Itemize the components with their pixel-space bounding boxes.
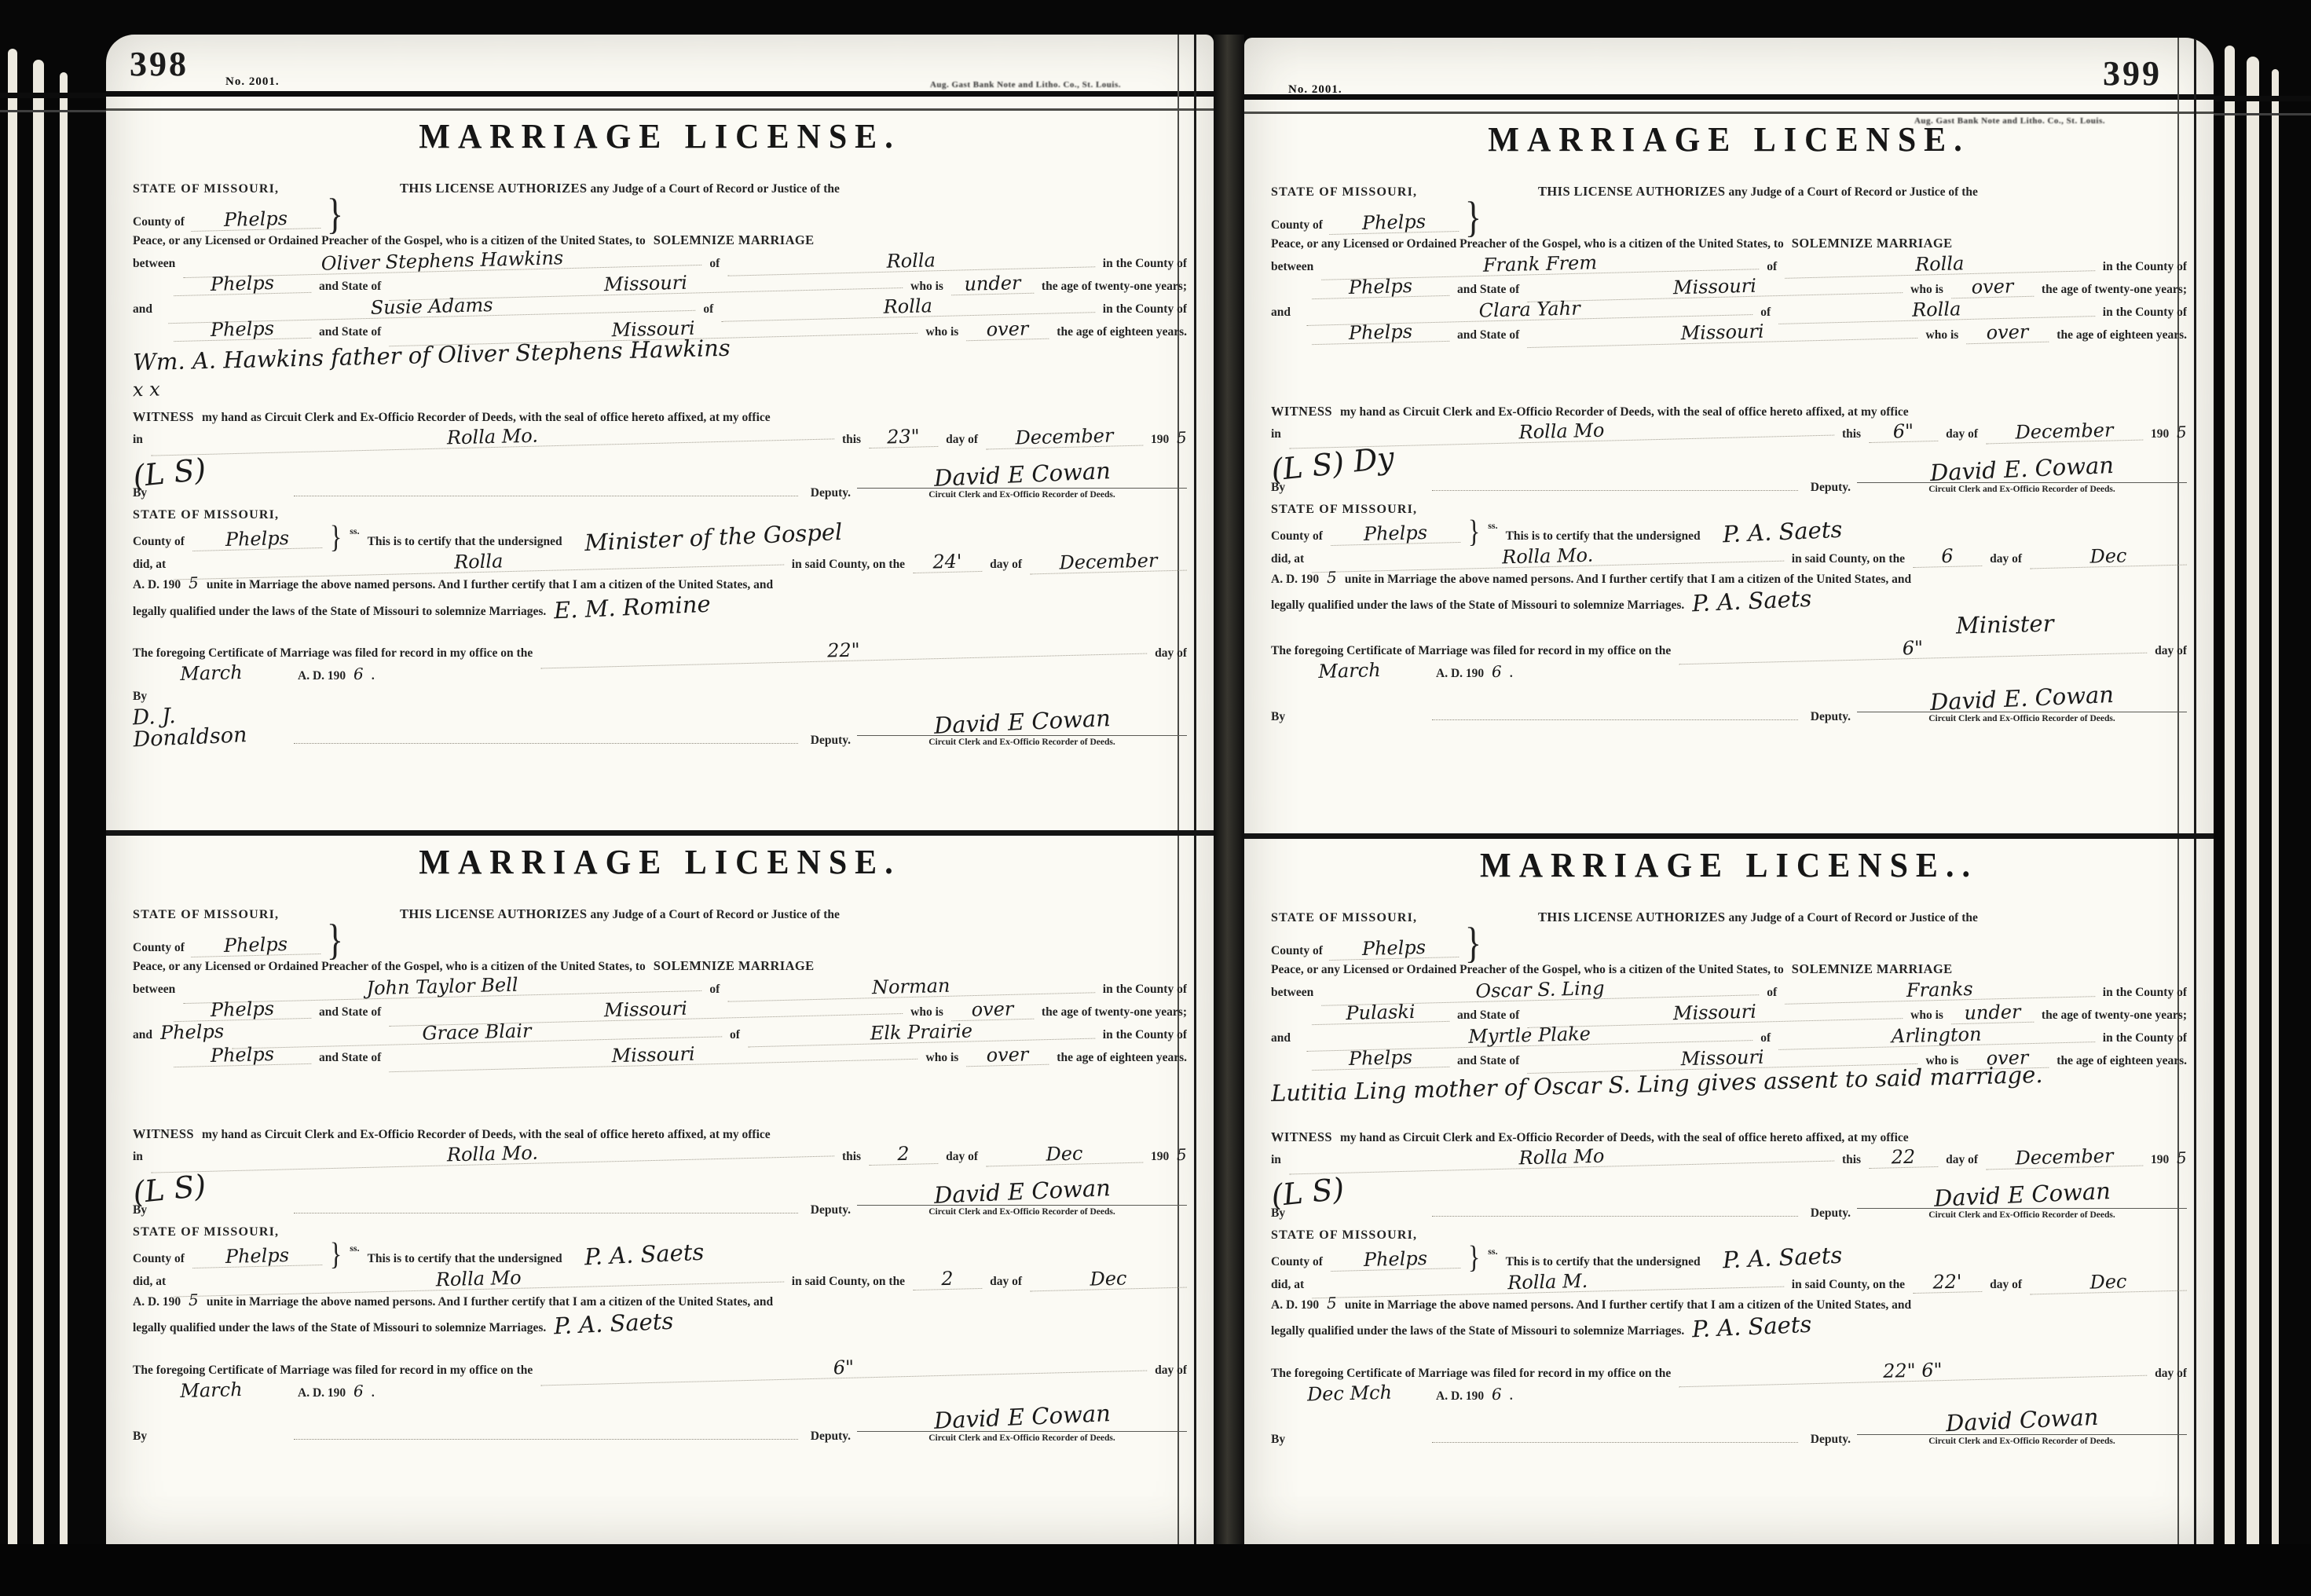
cert-ad-line: A. D. 1905 unite in Marriage the above n… — [133, 1292, 1187, 1309]
marriage-license-record: MARRIAGE LICENSE.. STATE OF MISSOURI, Co… — [1271, 845, 2187, 1536]
day-of-label: day of — [946, 432, 978, 447]
previous-page-edge — [60, 72, 68, 1544]
authorizes-text: THIS LICENSE AUTHORIZES any Judge of a C… — [1538, 891, 2187, 926]
clerk-signature: David E. Cowan — [1929, 453, 2114, 485]
in-said-county-label: in said County, on the — [792, 557, 905, 572]
authorizes-rest: any Judge of a Court of Record or Justic… — [1728, 911, 1977, 924]
page-top-rule-thin — [106, 108, 1214, 111]
peace-text: Peace, or any Licensed or Ordained Preac… — [133, 959, 646, 974]
license-title: MARRIAGE LICENSE. — [133, 118, 1187, 156]
license-header-row: STATE OF MISSOURI, County of Phelps } TH… — [1271, 891, 2187, 959]
license-title: MARRIAGE LICENSE.. — [1271, 847, 2187, 884]
in-said-county-label: in said County, on the — [792, 1274, 905, 1289]
previous-page-edge — [33, 60, 44, 1544]
county-label: County of — [1271, 218, 1323, 232]
of-label: of — [1767, 985, 1777, 1000]
ad-190-label: A. D. 190 — [298, 668, 346, 683]
filed-month-field: March — [1271, 660, 1428, 683]
certify-text: This is to certify that the undersigned — [1506, 1254, 1701, 1269]
between-label: between — [1271, 985, 1313, 1000]
county-line: County of Phelps } — [133, 200, 392, 230]
day-of-label: day of — [2155, 1366, 2187, 1381]
filed-text: The foregoing Certificate of Marriage wa… — [1271, 643, 1671, 658]
license-title-text: MARRIAGE LICENSE. — [1480, 846, 1961, 886]
in-label: in — [133, 432, 143, 447]
county-label: County of — [1271, 943, 1323, 958]
blank-line — [1432, 719, 1798, 720]
deputy-line: Deputy. — [294, 1202, 857, 1217]
bride-county-line: Phelps and State of Missouri who is over… — [1271, 323, 2187, 343]
seal-block: (L S) By — [133, 1170, 294, 1217]
bride-county-line: Phelps and State of Missouri who is over… — [1271, 1049, 2187, 1069]
filed-clerk-signature: David E. Cowan — [1929, 683, 2114, 715]
county-label: County of — [133, 214, 185, 229]
state-heading: STATE OF MISSOURI, — [133, 907, 392, 923]
filed-clerk-signature: David E Cowan — [933, 706, 1111, 738]
ss-label: ss. — [350, 1243, 359, 1254]
period: . — [372, 668, 375, 683]
and-state-label: and State of — [319, 279, 381, 294]
in-county-label: in the County of — [2103, 305, 2187, 320]
legally-text: legally qualified under the laws of the … — [1271, 1323, 1684, 1338]
state-heading-cert: STATE OF MISSOURI, — [133, 507, 1187, 523]
by-block: By — [1271, 1432, 1432, 1447]
day-of-label: day of — [1155, 646, 1187, 661]
in-county-label: in the County of — [2103, 259, 2187, 274]
authorizes-rest: any Judge of a Court of Record or Justic… — [1728, 185, 1977, 199]
filed-month-field: Dec Mch — [1271, 1382, 1428, 1406]
next-page-edge — [2225, 46, 2235, 1544]
bride-line: and Myrtle Plake of Arlington in the Cou… — [1271, 1026, 2187, 1046]
between-label: between — [1271, 259, 1313, 274]
deputy-label: Deputy. — [1811, 1206, 1851, 1221]
license-title: MARRIAGE LICENSE. — [133, 844, 1187, 881]
bride-line: and Phelps Grace Blair of Elk Prairie in… — [133, 1023, 1187, 1043]
in-said-county-label: in said County, on the — [1792, 1277, 1905, 1292]
certify-text: This is to certify that the undersigned — [1506, 529, 1701, 544]
in-label: in — [1271, 426, 1281, 441]
consent-marks: x x — [133, 379, 160, 400]
section-divider — [1244, 833, 2214, 839]
clerk-title: Circuit Clerk and Ex-Officio Recorder of… — [857, 735, 1187, 748]
day-of-label: day of — [946, 1149, 978, 1164]
peace-text: Peace, or any Licensed or Ordained Preac… — [133, 233, 646, 248]
clerk-signature: David E Cowan — [1933, 1179, 2111, 1210]
who-is-label: who is — [1926, 328, 1959, 342]
filed-clerk-signature: David E Cowan — [933, 1402, 1111, 1433]
brace-glyph: } — [1468, 1244, 1480, 1269]
ad-190-label: A. D. 190 — [1436, 666, 1484, 681]
blank-line — [1432, 1441, 1798, 1443]
cert-day-field: 2 — [913, 1268, 983, 1290]
ledger-page-398: 398 No. 2001. Aug. Gast Bank Note and Li… — [106, 35, 1214, 1544]
witness-strong: WITNESS — [1271, 1129, 1332, 1146]
filing-signature-row: By Deputy. David E Cowan Circuit Clerk a… — [133, 1405, 1187, 1444]
day-of-label: day of — [990, 1274, 1022, 1289]
ss-label: ss. — [1488, 520, 1497, 532]
legally-text: legally qualified under the laws of the … — [1271, 598, 1684, 613]
day-of-label: day of — [1990, 1277, 2022, 1292]
of-label: of — [1767, 259, 1777, 274]
and-state-label: and State of — [1457, 1008, 1519, 1023]
brace-glyph: } — [1468, 518, 1480, 544]
legally-text: legally qualified under the laws of the … — [133, 1320, 546, 1335]
cert-month-field: Dec — [2030, 1270, 2187, 1294]
deputy-label: Deputy. — [811, 1202, 851, 1217]
groom-county-line: Phelps and State of Missouri who is over… — [133, 1000, 1187, 1020]
did-at-label: did, at — [1271, 551, 1304, 566]
page-body: MARRIAGE LICENSE. STATE OF MISSOURI, Cou… — [1244, 119, 2214, 1544]
next-page-edge — [2272, 69, 2279, 1544]
county-line: County of Phelps } — [1271, 203, 1530, 233]
ad-190-label: A. D. 190 — [1436, 1389, 1484, 1404]
deputy-label: Deputy. — [1811, 1432, 1851, 1447]
ss-label: ss. — [1488, 1246, 1497, 1257]
witness-day-field: 2 — [869, 1144, 939, 1166]
groom-line: between John Taylor Bell of Norman in th… — [133, 977, 1187, 998]
groom-age-field: over — [951, 999, 1035, 1022]
solemnize-strong: SOLEMNIZE MARRIAGE — [1792, 236, 1953, 252]
witness-year-field: 5 — [1177, 430, 1187, 446]
of-label: of — [1760, 305, 1771, 320]
officiant-title-field: Minister — [1955, 611, 2053, 637]
of-label: of — [730, 1027, 740, 1042]
witness-signature-row: (L S) Dy By Deputy. David E. Cowan Circu… — [1271, 447, 2187, 495]
wrapped-top-rule — [0, 93, 106, 98]
ledger-page-399: 399 No. 2001. Aug. Gast Bank Note and Li… — [1244, 38, 2214, 1544]
and-state-label: and State of — [1457, 282, 1519, 297]
of-label: of — [703, 302, 713, 317]
cert-month-field: December — [1030, 551, 1187, 575]
bride-state-field: Missouri — [389, 1039, 918, 1073]
ad-190-label: A. D. 190 — [1271, 1298, 1319, 1312]
day-of-label: day of — [2155, 643, 2187, 658]
bride-age-field: over — [1966, 322, 2049, 345]
bride-age-field: over — [966, 1045, 1049, 1067]
year-190-label: 190 — [2151, 1152, 2169, 1167]
marriage-license-record: MARRIAGE LICENSE. STATE OF MISSOURI, Cou… — [133, 116, 1187, 827]
filed-text: The foregoing Certificate of Marriage wa… — [1271, 1366, 1671, 1381]
deputy-label: Deputy. — [811, 733, 851, 748]
of-label: of — [709, 256, 720, 271]
in-county-label: in the County of — [1103, 982, 1187, 997]
filing-line: The foregoing Certificate of Marriage wa… — [133, 641, 1187, 661]
groom-county-field: Pulaski — [1312, 1001, 1450, 1025]
authorizes-rest: any Judge of a Court of Record or Justic… — [590, 182, 839, 196]
witness-date-line: in Rolla Mo this 6" day of December 1905 — [1271, 422, 2187, 442]
filed-day-field: 22" 6" — [1679, 1356, 2147, 1388]
and-state-label: and State of — [1457, 328, 1519, 342]
license-title-text: MARRIAGE LICENSE. — [1488, 120, 1969, 160]
deputy-label: Deputy. — [811, 1429, 851, 1444]
marriage-license-record: MARRIAGE LICENSE. STATE OF MISSOURI, Cou… — [1271, 119, 2187, 830]
clerk-signature: David E Cowan — [933, 459, 1111, 490]
page-top-rule-thin — [1244, 112, 2214, 114]
county-label: County of — [1271, 1254, 1323, 1269]
cert-ad-line: A. D. 1905 unite in Marriage the above n… — [133, 575, 1187, 592]
brace-glyph: } — [1465, 200, 1481, 235]
by-block: By — [1271, 709, 1432, 724]
clerk-title: Circuit Clerk and Ex-Officio Recorder of… — [857, 1431, 1187, 1444]
next-page-edge — [2247, 57, 2259, 1544]
clerk-signature-block: David E Cowan Circuit Clerk and Ex-Offic… — [1857, 1183, 2187, 1221]
witness-year-field: 5 — [2177, 424, 2187, 441]
consent-line — [1271, 346, 2187, 381]
filing-line: The foregoing Certificate of Marriage wa… — [133, 1358, 1187, 1378]
witness-strong: WITNESS — [133, 1126, 194, 1143]
blank-line — [1432, 1215, 1798, 1217]
this-label: this — [1842, 426, 1861, 441]
ad-190-label: A. D. 190 — [298, 1386, 346, 1400]
filed-year-field: 6 — [1492, 664, 1502, 680]
deputy-line: Deputy. — [1432, 480, 1857, 495]
officiant-signature: P. A. Saets — [1692, 587, 1812, 616]
clerk-signature-block: David E Cowan Circuit Clerk and Ex-Offic… — [857, 710, 1187, 749]
filed-text: The foregoing Certificate of Marriage wa… — [133, 646, 533, 661]
authorizes-text: THIS LICENSE AUTHORIZES any Judge of a C… — [400, 162, 1187, 197]
cert-county-field: Phelps — [1331, 1248, 1461, 1272]
filing-date-line: Dec Mch A. D. 1906. — [1271, 1384, 2187, 1404]
filing-line: The foregoing Certificate of Marriage wa… — [1271, 639, 2187, 659]
county-field: Phelps — [1329, 937, 1459, 961]
consent-marks-line — [1271, 383, 2187, 394]
this-label: this — [842, 1149, 861, 1164]
and-state-label: and State of — [319, 324, 381, 339]
license-header-row: STATE OF MISSOURI, County of Phelps } TH… — [133, 162, 1187, 230]
filing-signature-row: By D. J. Donaldson Deputy. David E Cowan… — [133, 689, 1187, 749]
and-label: and — [133, 1027, 152, 1042]
clerk-title: Circuit Clerk and Ex-Officio Recorder of… — [1857, 712, 2187, 724]
witness-strong: WITNESS — [1271, 404, 1332, 420]
deputy-line: Deputy. — [294, 485, 857, 500]
of-label: of — [1760, 1030, 1771, 1045]
age21-label: the age of twenty-one years; — [1042, 1005, 1187, 1019]
county-label: County of — [133, 1251, 185, 1266]
witness-signature-row: (L S) By Deputy. David E Cowan Circuit C… — [133, 1170, 1187, 1217]
stray-county-note: Phelps — [160, 1022, 225, 1043]
cert-legal-line: legally qualified under the laws of the … — [133, 1312, 1187, 1335]
filed-clerk-signature: David Cowan — [1945, 1405, 2099, 1436]
officiant-title-line: Minister — [1271, 613, 2187, 636]
witness-month-field: December — [1986, 1146, 2144, 1170]
certificate-head: County of Phelps }ss. This is to certify… — [133, 1243, 1187, 1267]
legally-text: legally qualified under the laws of the … — [133, 604, 546, 619]
filing-date-line: March A. D. 1906. — [133, 1381, 1187, 1400]
and-state-label: and State of — [1457, 1053, 1519, 1068]
deputy-line: Deputy. — [294, 1429, 857, 1444]
state-county-block: STATE OF MISSOURI, County of Phelps } — [1271, 910, 1530, 959]
filed-year-field: 6 — [353, 666, 364, 683]
groom-line: between Oscar S. Ling of Franks in the C… — [1271, 980, 2187, 1001]
state-county-block: STATE OF MISSOURI, County of Phelps } — [133, 907, 392, 956]
filed-month-field: March — [133, 1379, 290, 1403]
printer-imprint: Aug. Gast Bank Note and Litho. Co., St. … — [930, 80, 1121, 90]
page-number: 398 — [130, 44, 189, 84]
witness-day-field: 23" — [869, 426, 939, 448]
blank-line — [294, 1438, 798, 1440]
by-block: By — [133, 1429, 294, 1444]
ss-label: ss. — [350, 525, 359, 537]
groom-age-field: under — [951, 273, 1035, 296]
unite-text: unite in Marriage the above named person… — [207, 577, 773, 592]
brace-glyph: } — [327, 923, 343, 957]
clerk-signature-block: David E Cowan Circuit Clerk and Ex-Offic… — [857, 1180, 1187, 1218]
groom-age-field: over — [1951, 276, 2034, 299]
by-label: By — [1271, 709, 1427, 724]
consent-line — [133, 1069, 1187, 1104]
witness-day-field: 6" — [1869, 421, 1939, 443]
authorizes-text: THIS LICENSE AUTHORIZES any Judge of a C… — [1538, 165, 2187, 200]
consent-marks-line — [1271, 1109, 2187, 1120]
bride-county-field: Phelps — [174, 1044, 312, 1067]
who-is-label: who is — [910, 1005, 943, 1019]
clerk-title: Circuit Clerk and Ex-Officio Recorder of… — [1857, 482, 2187, 495]
clerk-signature-block: David E Cowan Circuit Clerk and Ex-Offic… — [857, 1405, 1187, 1444]
filed-deputy-signature: D. J. Donaldson — [133, 701, 295, 752]
certificate-head: County of Phelps }ss. This is to certify… — [1271, 520, 2187, 544]
peace-text: Peace, or any Licensed or Ordained Preac… — [1271, 962, 1784, 977]
page-body: MARRIAGE LICENSE. STATE OF MISSOURI, Cou… — [106, 116, 1214, 1544]
deputy-label: Deputy. — [1811, 709, 1851, 724]
county-line: County of Phelps } — [1271, 929, 1530, 959]
license-title: MARRIAGE LICENSE. — [1271, 121, 2187, 159]
officiant-signature: P. A. Saets — [554, 1309, 674, 1338]
who-is-label: who is — [910, 279, 943, 294]
cert-month-field: Dec — [1030, 1267, 1187, 1291]
period: . — [1510, 666, 1513, 681]
this-label: this — [1842, 1152, 1861, 1167]
brace-glyph: } — [1465, 926, 1481, 961]
bride-age-field: over — [966, 319, 1049, 342]
witness-month-field: December — [1986, 420, 2144, 445]
county-field: Phelps — [191, 208, 321, 232]
wrapped-top-rule — [2214, 96, 2311, 101]
bride-county-line: Phelps and State of Missouri who is over… — [133, 1045, 1187, 1066]
groom-county-field: Phelps — [174, 273, 312, 296]
certificate-head: County of Phelps }ss. This is to certify… — [133, 525, 1187, 550]
county-field: Phelps — [1329, 211, 1459, 235]
cert-year-field: 5 — [189, 575, 199, 591]
year-190-label: 190 — [2151, 426, 2169, 441]
witness-day-field: 22 — [1869, 1147, 1939, 1169]
county-label: County of — [1271, 529, 1323, 544]
cert-ad-line: A. D. 1905 unite in Marriage the above n… — [1271, 1295, 2187, 1312]
cert-day-field: 24' — [913, 551, 983, 573]
bride-county-field: Phelps — [1312, 1047, 1450, 1071]
cert-place-field: Rolla M. — [1312, 1266, 1784, 1298]
license-title-text: MARRIAGE LICENSE. — [419, 117, 900, 157]
cert-day-field: 6 — [1913, 546, 1983, 568]
clerk-signature-block: David Cowan Circuit Clerk and Ex-Officio… — [1857, 1408, 2187, 1447]
clerk-signature: David E Cowan — [933, 1176, 1111, 1207]
state-heading-cert: STATE OF MISSOURI, — [1271, 1228, 2187, 1243]
unite-text: unite in Marriage the above named person… — [207, 1294, 773, 1309]
clerk-title: Circuit Clerk and Ex-Officio Recorder of… — [1857, 1434, 2187, 1447]
ad-190-label: A. D. 190 — [1271, 572, 1319, 587]
cert-date-line: did, at Rolla M. in said County, on the … — [1271, 1272, 2187, 1293]
day-of-label: day of — [990, 557, 1022, 572]
officiant-signature: P. A. Saets — [1692, 1312, 1812, 1342]
scan-black-band — [0, 1544, 2311, 1596]
blank-line — [294, 1212, 798, 1213]
state-heading-cert: STATE OF MISSOURI, — [133, 1224, 1187, 1240]
page-number: 399 — [2103, 53, 2162, 93]
filed-text: The foregoing Certificate of Marriage wa… — [133, 1363, 533, 1378]
deputy-label: Deputy. — [1811, 480, 1851, 495]
county-label: County of — [133, 940, 185, 955]
age18-label: the age of eighteen years. — [2056, 1053, 2187, 1068]
between-label: between — [133, 982, 175, 997]
by-block: By D. J. Donaldson — [133, 689, 294, 749]
authorizes-strong: THIS LICENSE AUTHORIZES — [400, 181, 587, 196]
officiant-signature: E. M. Romine — [554, 591, 712, 622]
filing-line: The foregoing Certificate of Marriage wa… — [1271, 1361, 2187, 1382]
groom-line: between Frank Frem of Rolla in the Count… — [1271, 254, 2187, 275]
brace-glyph: } — [327, 197, 343, 232]
authorizes-strong: THIS LICENSE AUTHORIZES — [400, 906, 587, 921]
book-gutter — [1214, 35, 1244, 1544]
filing-date-line: March A. D. 1906. — [1271, 661, 2187, 681]
witness-year-field: 5 — [1177, 1147, 1187, 1163]
witness-signature-row: (L S) By Deputy. David E Cowan Circuit C… — [1271, 1173, 2187, 1221]
cert-day-field: 22' — [1913, 1272, 1983, 1294]
cert-year-field: 5 — [189, 1292, 199, 1309]
did-at-label: did, at — [133, 557, 166, 572]
age21-label: the age of twenty-one years; — [2042, 1008, 2187, 1023]
filing-date-line: March A. D. 1906. — [133, 664, 1187, 683]
deputy-line: Deputy. — [1432, 1206, 1857, 1221]
age21-label: the age of twenty-one years; — [1042, 279, 1187, 294]
bride-line: and Susie Adams of Rolla in the County o… — [133, 297, 1187, 317]
marriage-license-record: MARRIAGE LICENSE. STATE OF MISSOURI, Cou… — [133, 842, 1187, 1533]
bride-line: and Clara Yahr of Rolla in the County of — [1271, 300, 2187, 320]
form-number: No. 2001. — [225, 75, 280, 89]
state-county-block: STATE OF MISSOURI, County of Phelps } — [1271, 185, 1530, 233]
clerk-signature-block: David E. Cowan Circuit Clerk and Ex-Offi… — [1857, 686, 2187, 725]
witness-date-line: in Rolla Mo this 22 day of December 1905 — [1271, 1148, 2187, 1168]
officiant-title-line — [133, 1335, 1187, 1356]
in-county-label: in the County of — [1103, 302, 1187, 317]
brace-glyph: } — [330, 1241, 342, 1266]
seal-block: (L S) By — [133, 453, 294, 501]
cert-place-field: Rolla Mo. — [1312, 540, 1784, 573]
day-of-label: day of — [1946, 426, 1978, 441]
age18-label: the age of eighteen years. — [1057, 324, 1187, 339]
filed-month-field: March — [133, 662, 290, 686]
this-label: this — [842, 432, 861, 447]
witness-strong: WITNESS — [133, 409, 194, 426]
license-header-row: STATE OF MISSOURI, County of Phelps } TH… — [1271, 165, 2187, 233]
in-county-label: in the County of — [2103, 985, 2187, 1000]
wrapped-top-rule-thin — [2214, 113, 2311, 115]
age21-label: the age of twenty-one years; — [2042, 282, 2187, 297]
consent-line: Lutitia Ling mother of Oscar S. Ling giv… — [1271, 1072, 2187, 1107]
authorizes-rest: any Judge of a Court of Record or Justic… — [590, 908, 839, 921]
bride-state-field: Missouri — [1527, 318, 1918, 348]
groom-line: between Oliver Stephens Hawkins of Rolla… — [133, 251, 1187, 272]
officiant-title-line — [133, 618, 1187, 639]
in-county-label: in the County of — [1103, 256, 1187, 271]
cert-county-field: Phelps — [192, 1245, 323, 1268]
cert-year-field: 5 — [1327, 1295, 1337, 1312]
state-heading: STATE OF MISSOURI, — [133, 181, 392, 197]
blank-line — [294, 495, 798, 496]
clerk-signature-block: David E. Cowan Circuit Clerk and Ex-Offi… — [1857, 457, 2187, 496]
deputy-line: Deputy. — [1432, 709, 1857, 724]
and-state-label: and State of — [319, 1050, 381, 1065]
and-label: and — [1271, 305, 1291, 320]
cert-year-field: 5 — [1327, 569, 1337, 586]
